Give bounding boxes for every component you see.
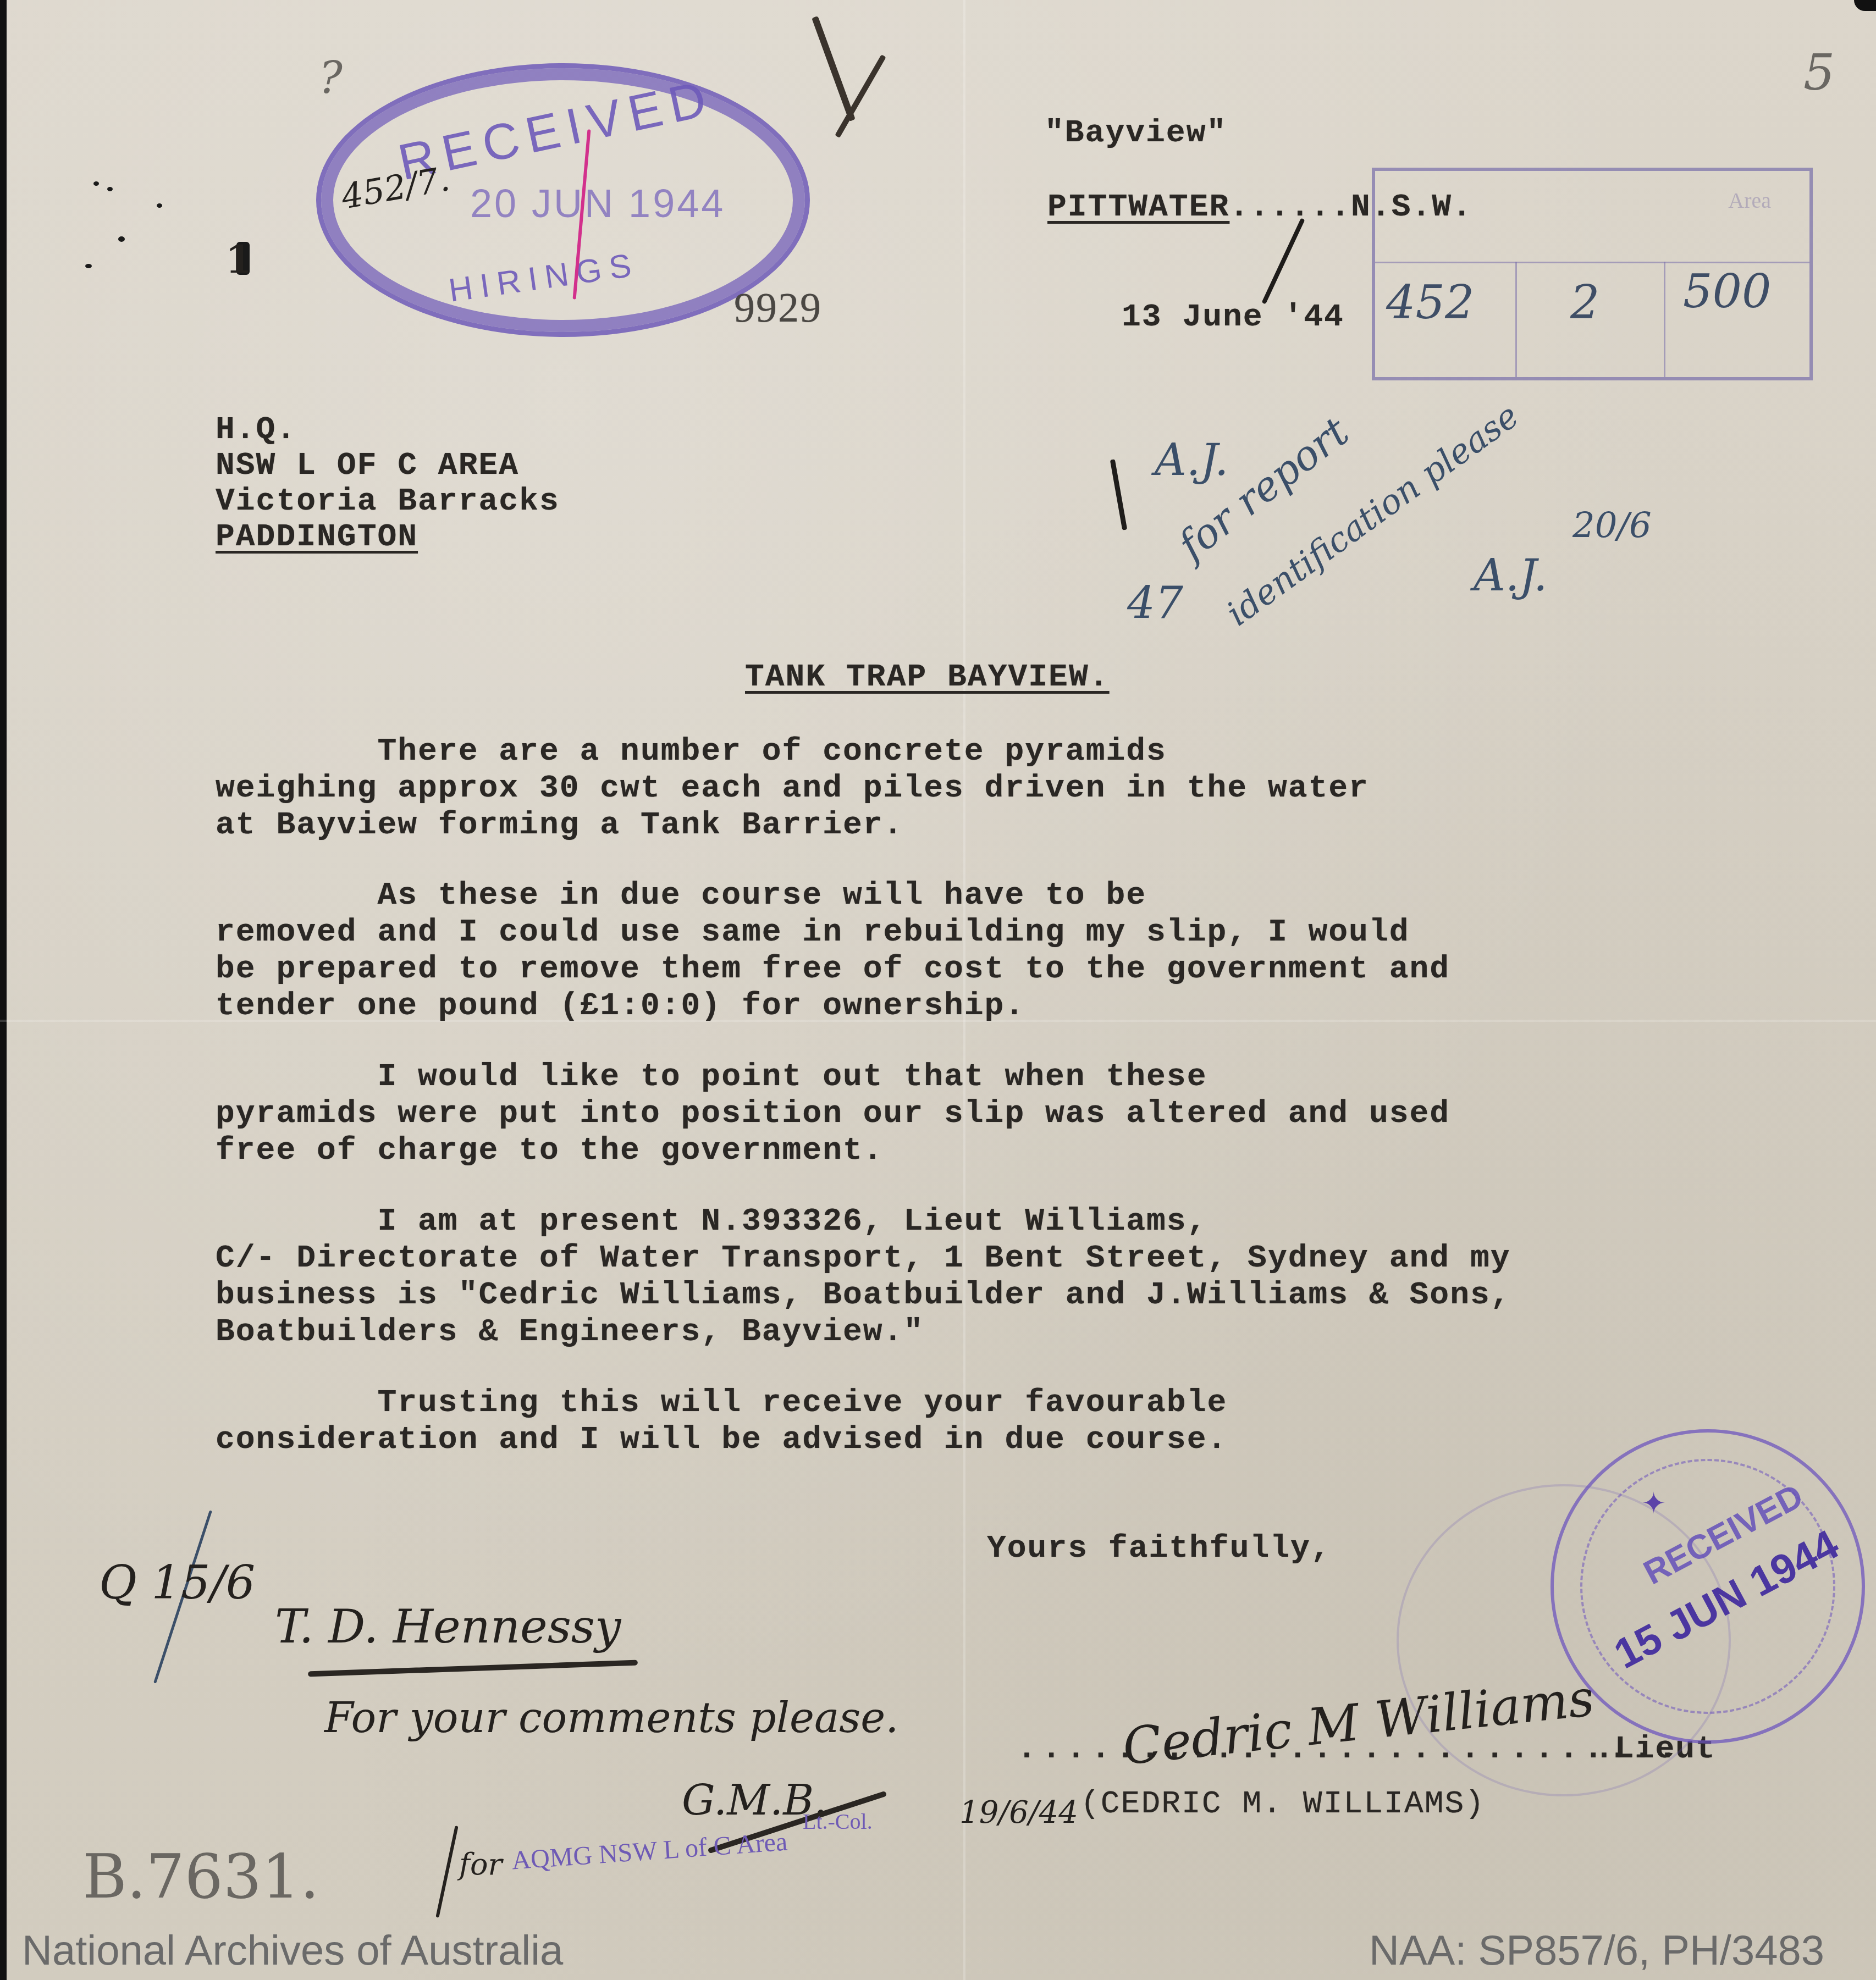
note-initials-bottom: A.J. xyxy=(1474,550,1548,601)
body-p4-line3: business is "Cedric Williams, Boatbuilde… xyxy=(216,1277,1511,1314)
reference-cell-1: 452 xyxy=(1386,275,1474,329)
star-icon: ✦ xyxy=(1642,1476,1665,1525)
punch-hole xyxy=(107,187,113,191)
body-p5-line2: consideration and I will be advised in d… xyxy=(216,1422,1227,1458)
recipient-line-4: PADDINGTON xyxy=(216,519,418,556)
recipient-line-3: Victoria Barracks xyxy=(216,484,560,520)
for-mark: for xyxy=(459,1847,502,1882)
body-p2-line3: be prepared to remove them free of cost … xyxy=(216,952,1450,988)
body-p3-line1: I would like to point out that when thes… xyxy=(216,1059,1207,1096)
reference-box-divider xyxy=(1515,262,1517,377)
body-p4-line2: C/- Directorate of Water Transport, 1 Be… xyxy=(216,1241,1511,1277)
body-p4-line4: Boatbuilders & Engineers, Bayview." xyxy=(216,1314,924,1351)
received-stamp-round: ✦ RECEIVED 15 JUN 1944 xyxy=(1551,1429,1865,1744)
pen-mark xyxy=(812,16,856,121)
punch-hole xyxy=(85,264,92,268)
archive-name: National Archives of Australia xyxy=(22,1927,563,1975)
scan-edge-corner xyxy=(1854,0,1876,11)
body-p2-line4: tender one pound (£1:0:0) for ownership. xyxy=(216,988,1025,1025)
file-number: 9929 xyxy=(734,286,822,330)
archive-citation: NAA: SP857/6, PH/3483 xyxy=(1369,1927,1824,1975)
stamp-date: 20 JUN 1944 xyxy=(470,181,725,226)
sender-dots: ..... xyxy=(1229,190,1331,225)
body-p2-line1: As these in due course will have to be xyxy=(216,878,1146,914)
recipient-line-2: NSW L OF C AREA xyxy=(216,448,519,484)
body-p3-line3: free of charge to the government. xyxy=(216,1133,884,1169)
sender-line-1: "Bayview" xyxy=(1045,115,1227,152)
pen-mark xyxy=(1110,459,1127,530)
file-reference: B.7631. xyxy=(82,1841,319,1912)
punch-hole xyxy=(118,236,125,242)
typed-signatory-name: (CEDRIC M. WILLIAMS) xyxy=(1080,1787,1485,1823)
minute-initials: T. D. Hennessy xyxy=(275,1600,621,1653)
document-page: 5 ? RECEIVED 20 JUN 1944 HIRINGS 452/7. … xyxy=(0,0,1876,1980)
signature-underline xyxy=(308,1660,638,1677)
rank-stamp: Lt.-Col. xyxy=(803,1808,873,1834)
note-number: 47 xyxy=(1127,577,1183,628)
letter-date: 13 June '44 xyxy=(1122,300,1344,336)
body-p5-line1: Trusting this will receive your favourab… xyxy=(216,1385,1227,1422)
subject-heading: TANK TRAP BAYVIEW. xyxy=(745,660,1110,696)
punch-hole xyxy=(157,203,162,208)
body-p4-line1: I am at present N.393326, Lieut Williams… xyxy=(216,1204,1207,1240)
pen-mark xyxy=(435,1826,458,1918)
reference-box-divider xyxy=(1664,262,1665,377)
page-number: 5 xyxy=(1803,44,1835,102)
body-p1-line1: There are a number of concrete pyramids xyxy=(216,734,1167,770)
reference-cell-2: 2 xyxy=(1570,275,1599,329)
note-initials-top: A.J. xyxy=(1155,434,1229,485)
reference-box-stamp: Area 452 2 500 xyxy=(1372,168,1813,380)
question-mark: ? xyxy=(319,52,343,103)
minute-date: 19/6/44 xyxy=(959,1795,1078,1830)
reference-cell-3: 500 xyxy=(1683,264,1771,318)
reference-box-divider xyxy=(1375,262,1809,263)
body-p1-line2: weighing approx 30 cwt each and piles dr… xyxy=(216,771,1369,807)
reference-area-label: Area xyxy=(1728,187,1771,213)
left-margin-mark: 1 xyxy=(225,236,252,282)
minute-date-mark: Q 15/6 xyxy=(99,1556,255,1610)
tick-icon xyxy=(1261,218,1305,304)
minute-instruction: For your comments please. xyxy=(324,1693,898,1742)
body-p3-line2: pyramids were put into position our slip… xyxy=(216,1096,1450,1132)
note-date: 20/6 xyxy=(1572,506,1652,546)
recipient-line-1: H.Q. xyxy=(216,412,296,449)
body-p2-line2: removed and I could use same in rebuildi… xyxy=(216,915,1410,951)
body-p1-line3: at Bayview forming a Tank Barrier. xyxy=(216,808,903,844)
closing: Yours faithfully, xyxy=(987,1531,1331,1567)
aqmg-office-stamp: AQMG NSW L of C Area xyxy=(511,1827,788,1876)
sender-place: PITTWATER xyxy=(1047,190,1229,225)
punch-hole xyxy=(93,181,99,186)
scan-edge xyxy=(0,0,7,1980)
